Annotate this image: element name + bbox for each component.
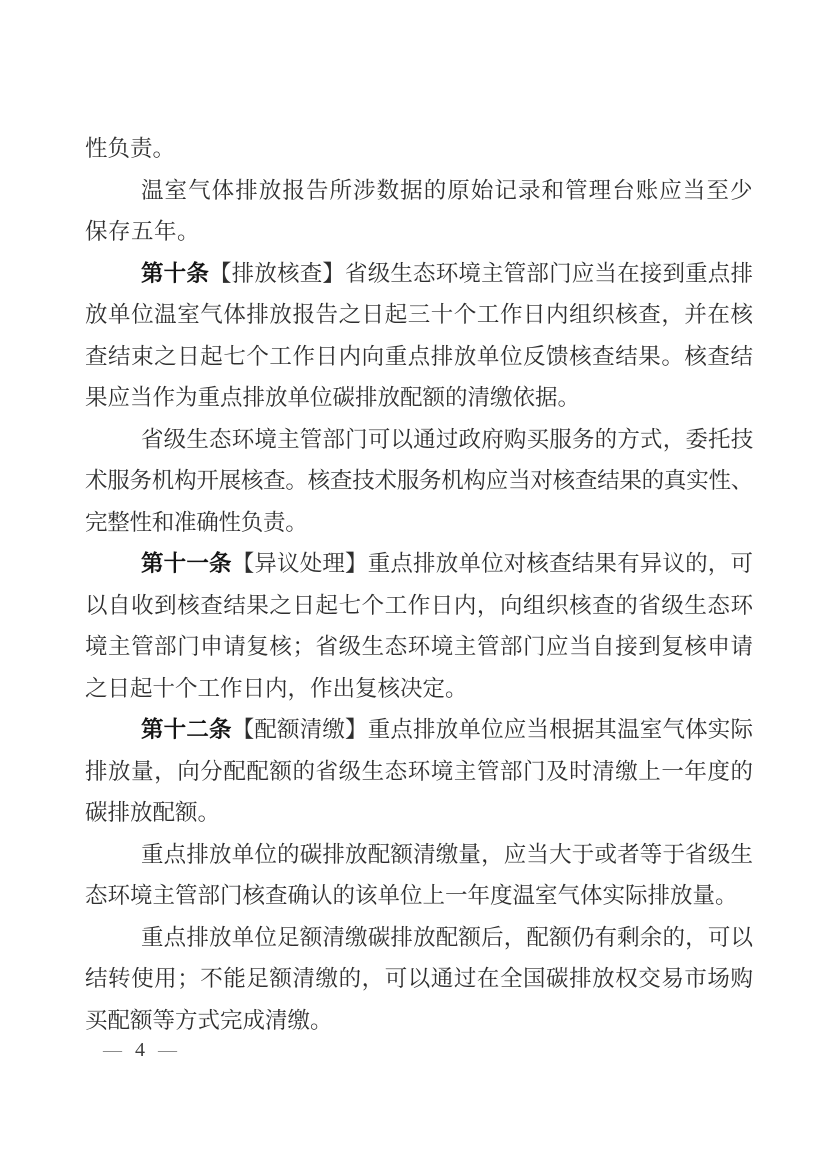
document-body: 性负责。 温室气体排放报告所涉数据的原始记录和管理台账应当至少保存五年。 第十条… [85, 128, 753, 1041]
document-page: 性负责。 温室气体排放报告所涉数据的原始记录和管理台账应当至少保存五年。 第十条… [0, 0, 827, 1169]
page-number: 4 [135, 1041, 145, 1060]
article-paragraph-11: 第十一条【异议处理】重点排放单位对核查结果有异议的，可以自收到核查结果之日起七个… [85, 543, 753, 709]
paragraph: 省级生态环境主管部门可以通过政府购买服务的方式，委托技术服务机构开展核查。核查技… [85, 419, 753, 544]
article-title: 【配额清缴】 [232, 717, 368, 742]
paragraph: 重点排放单位足额清缴碳排放配额后，配额仍有剩余的，可以结转使用；不能足额清缴的，… [85, 917, 753, 1042]
paragraph-text: 省级生态环境主管部门可以通过政府购买服务的方式，委托技术服务机构开展核查。核查技… [85, 427, 753, 535]
article-number: 第十条 [141, 261, 209, 286]
paragraph: 重点排放单位的碳排放配额清缴量，应当大于或者等于省级生态环境主管部门核查确认的该… [85, 834, 753, 917]
paragraph-text: 重点排放单位足额清缴碳排放配额后，配额仍有剩余的，可以结转使用；不能足额清缴的，… [85, 925, 753, 1033]
footer-dash-right: — [158, 1041, 177, 1060]
article-title: 【异议处理】 [232, 551, 368, 576]
footer-dash-left: — [103, 1041, 122, 1060]
article-paragraph-10: 第十条【排放核查】省级生态环境主管部门应当在接到重点排放单位温室气体排放报告之日… [85, 253, 753, 419]
paragraph: 温室气体排放报告所涉数据的原始记录和管理台账应当至少保存五年。 [85, 170, 753, 253]
paragraph-continuation: 性负责。 [85, 128, 753, 170]
paragraph-text: 性负责。 [85, 136, 175, 161]
paragraph-text: 温室气体排放报告所涉数据的原始记录和管理台账应当至少保存五年。 [85, 178, 753, 245]
article-number: 第十二条 [141, 717, 232, 742]
paragraph-text: 重点排放单位的碳排放配额清缴量，应当大于或者等于省级生态环境主管部门核查确认的该… [85, 842, 753, 909]
article-paragraph-12: 第十二条【配额清缴】重点排放单位应当根据其温室气体实际排放量，向分配配额的省级生… [85, 709, 753, 834]
article-number: 第十一条 [141, 551, 232, 576]
article-title: 【排放核查】 [209, 261, 345, 286]
page-footer: — 4 — [103, 1041, 177, 1060]
